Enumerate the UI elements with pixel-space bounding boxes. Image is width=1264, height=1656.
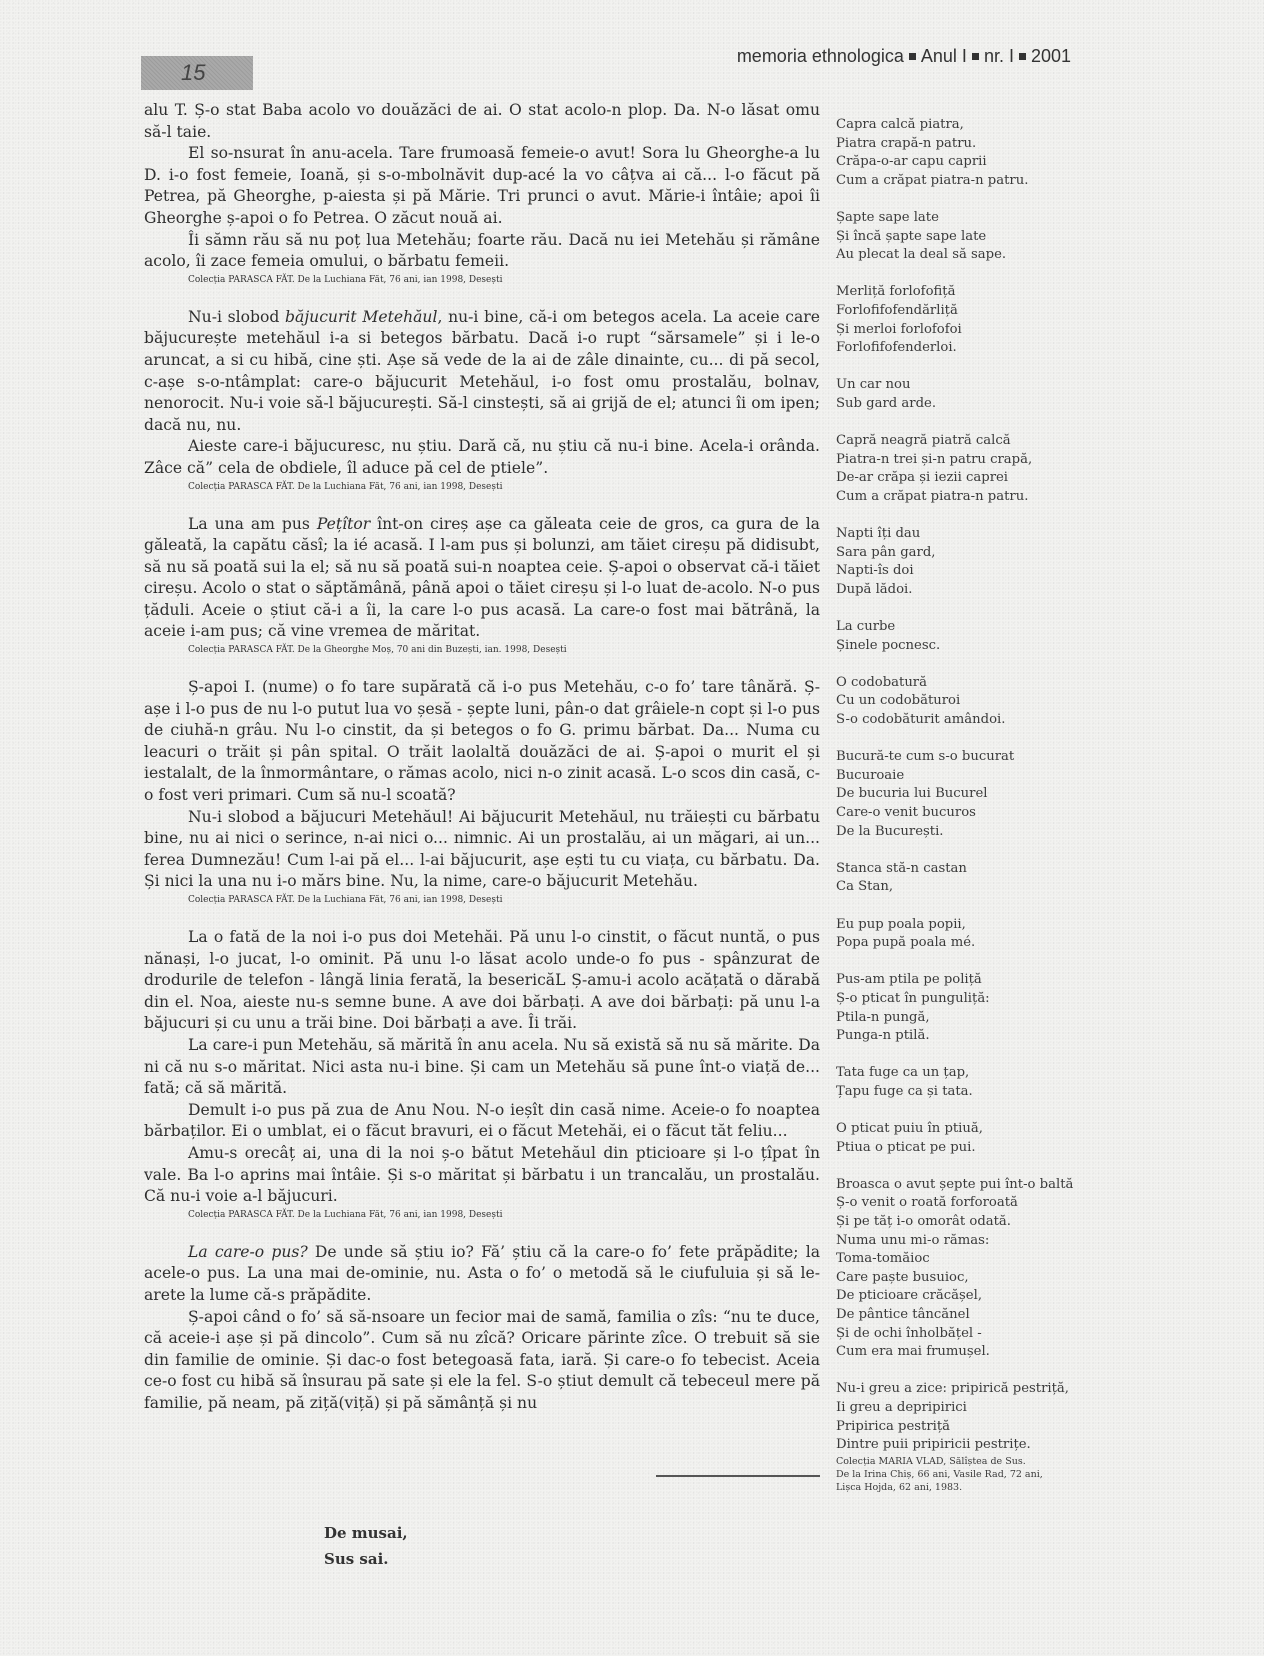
poem-line: Bucuroaie [836,767,1136,786]
poem-line: Sub gard arde. [836,395,1136,414]
closing-line: De musai, [324,1520,408,1546]
poem-stanza: Tata fuge ca un țap,Țapu fuge ca și tata… [836,1064,1136,1101]
poem-line: Ș-o pticat în punguliță: [836,990,1136,1009]
poem-line: Ptiua o pticat pe pui. [836,1139,1136,1158]
poem-stanza: Capră neagră piatră calcăPiatra-n trei ș… [836,432,1136,506]
emphasized-term: La care-o pus? [188,1243,308,1261]
emphasized-term: băjucurit Metehăul [285,308,437,326]
poem-line: De pântice tâncănel [836,1306,1136,1325]
poem-line: Și încă șapte sape late [836,228,1136,247]
paragraph: Ș-apoi când o fo’ să să-nsoare un fecior… [144,1307,820,1415]
poem-line: Și pe tăț i-o omorât odată. [836,1213,1136,1232]
page-header: 15 memoria ethnologicaAnul Inr. I2001 [141,46,1071,90]
poem-source-citation: De la Irina Chiș, 66 ani, Vasile Rad, 72… [836,1468,1136,1481]
poem-line: Napti-îs doi [836,562,1136,581]
poem-stanza: Eu pup poala popii,Popa pupă poala mé. [836,916,1136,953]
poem-line: Au plecat la deal să sape. [836,246,1136,265]
paragraph: La care-o pus? De unde să știu io? Fă’ ș… [144,1242,820,1307]
source-citation: Colecția PARASCA FĂT. De la Luchiana Făt… [144,893,820,907]
emphasized-term: Pețîtor [317,515,370,533]
poem-line: Șinele pocnesc. [836,637,1136,656]
poem-stanza: Merliță forlofofițăForlofifofendărlițăȘi… [836,283,1136,357]
poem-line: Popa pupă poala mé. [836,934,1136,953]
source-citation: Colecția PARASCA FĂT. De la Luchiana Făt… [144,480,820,494]
main-text-column: alu T. Ș-o stat Baba acolo vo douăzăci d… [144,100,820,1434]
paragraph: Aieste care-i băjucuresc, nu știu. Dară … [144,436,820,479]
poem-line: La curbe [836,618,1136,637]
poem-line: De-ar crăpa și iezii caprei [836,469,1136,488]
square-bullet-icon [1019,53,1026,60]
running-title: memoria ethnologicaAnul Inr. I2001 [737,46,1071,67]
paragraph: La o fată de la noi i-o pus doi Metehăi.… [144,927,820,1035]
poem-line: Eu pup poala popii, [836,916,1136,935]
poem-line: Pus-am ptila pe poliță [836,971,1136,990]
square-bullet-icon [972,53,979,60]
poem-stanza: Napti îți dauSara pân gard,Napti-îs doiD… [836,525,1136,599]
poem-line: Piatra-n trei și-n patru crapă, [836,451,1136,470]
issue-label: nr. I [984,46,1014,66]
poem-line: Cum a crăpat piatra-n patru. [836,488,1136,507]
poem-line: Bucură-te cum s-o bucurat [836,748,1136,767]
poem-line: Care paște busuioc, [836,1269,1136,1288]
poem-line: Piatra crapă-n patru. [836,135,1136,154]
poem-line: Dintre puii pripiricii pestrițe. [836,1436,1136,1455]
poem-line: Forlofifofenderloi. [836,339,1136,358]
poem-stanza: O codobaturăCu un codobăturoiS-o codobăt… [836,674,1136,730]
poem-line: Cum a crăpat piatra-n patru. [836,172,1136,191]
source-citation: Colecția PARASCA FĂT. De la Luchiana Făt… [144,1208,820,1222]
poem-stanza: Un car nouSub gard arde. [836,376,1136,413]
paragraph: Îi sămn rău să nu poț lua Metehău; foart… [144,230,820,273]
poem-line: Stanca stă-n castan [836,860,1136,879]
poem-line: Ș-o venit o roată forforoată [836,1194,1136,1213]
poem-line: Care-o venit bucuros [836,804,1136,823]
poem-line: Țapu fuge ca și tata. [836,1083,1136,1102]
poem-stanza: O pticat puiu în ptiuă,Ptiua o pticat pe… [836,1120,1136,1157]
page-number: 15 [141,56,253,90]
poem-line: După lădoi. [836,581,1136,600]
poem-line: Numa unu mi-o rămas: [836,1232,1136,1251]
poem-line: Și de ochi înholbățel - [836,1325,1136,1344]
poem-line: Capra calcă piatra, [836,116,1136,135]
poem-line: Un car nou [836,376,1136,395]
poem-line: Crăpa-o-ar capu caprii [836,153,1136,172]
poem-stanza: Broasca o avut șepte pui înt-o baltăȘ-o … [836,1176,1136,1362]
paragraph: La care-i pun Metehău, să mărită în anu … [144,1035,820,1100]
poem-source-citation: Colecția MARIA VLAD, Sălîștea de Sus. [836,1455,1136,1468]
square-bullet-icon [909,53,916,60]
poem-line: O pticat puiu în ptiuă, [836,1120,1136,1139]
poems-column: Capra calcă piatra,Piatra crapă-n patru.… [836,116,1136,1494]
poem-line: De bucuria lui Bucurel [836,785,1136,804]
poem-line: Toma-tomăioc [836,1250,1136,1269]
poem-stanza: Bucură-te cum s-o bucuratBucuroaieDe buc… [836,748,1136,841]
poem-line: Cum era mai frumușel. [836,1343,1136,1362]
source-citation: Colecția PARASCA FĂT. De la Luchiana Făt… [144,273,820,287]
poem-stanza: Stanca stă-n castanCa Stan, [836,860,1136,897]
poem-line: Punga-n ptilă. [836,1027,1136,1046]
paragraph: Demult i-o pus pă zua de Anu Nou. N-o ie… [144,1100,820,1143]
poem-line: Tata fuge ca un țap, [836,1064,1136,1083]
journal-name: memoria ethnologica [737,46,904,66]
poem-line: De la București. [836,823,1136,842]
poem-line: S-o codobăturit amândoi. [836,711,1136,730]
paragraph: La una am pus Pețîtor înt-on cireș așe c… [144,514,820,644]
poem-line: Broasca o avut șepte pui înt-o baltă [836,1176,1136,1195]
paragraph: Ș-apoi I. (nume) o fo tare supărată că i… [144,677,820,807]
poem-line: Forlofifofendărliță [836,302,1136,321]
year: 2001 [1031,46,1071,66]
poem-line: Merliță forlofofiță [836,283,1136,302]
footnote-rule [656,1475,820,1477]
closing-verse: De musai, Sus sai. [324,1520,408,1572]
poem-line: Și merloi forlofofoi [836,321,1136,340]
poem-line: Napti îți dau [836,525,1136,544]
poem-stanza: Șapte sape lateȘi încă șapte sape lateAu… [836,209,1136,265]
poem-line: Ca Stan, [836,878,1136,897]
source-citation: Colecția PARASCA FĂT. De la Gheorghe Moș… [144,643,820,657]
poem-line: Nu-i greu a zice: pripirică pestriță, [836,1380,1136,1399]
poem-line: Capră neagră piatră calcă [836,432,1136,451]
poem-line: Pripirica pestriță [836,1418,1136,1437]
poem-line: Șapte sape late [836,209,1136,228]
poem-stanza: Nu-i greu a zice: pripirică pestriță,Ii … [836,1380,1136,1454]
poem-line: Sara pân gard, [836,544,1136,563]
paragraph: Amu-s orecâț ai, una di la noi ș-o bătut… [144,1143,820,1208]
paragraph: Nu-i slobod a băjucuri Metehăul! Ai băju… [144,807,820,893]
poem-line: O codobatură [836,674,1136,693]
paragraph: alu T. Ș-o stat Baba acolo vo douăzăci d… [144,100,820,143]
paragraph: El so-nsurat în anu-acela. Tare frumoasă… [144,143,820,229]
poem-stanza: La curbeȘinele pocnesc. [836,618,1136,655]
poem-line: Ptila-n pungă, [836,1009,1136,1028]
poem-stanza: Capra calcă piatra,Piatra crapă-n patru.… [836,116,1136,190]
year-label: Anul I [921,46,967,66]
paragraph: Nu-i slobod băjucurit Metehăul, nu-i bin… [144,307,820,437]
poem-line: Ii greu a depripirici [836,1399,1136,1418]
poem-line: De pticioare crăcășel, [836,1287,1136,1306]
poem-stanza: Pus-am ptila pe polițăȘ-o pticat în pung… [836,971,1136,1045]
poem-source-citation: Lișca Hojda, 62 ani, 1983. [836,1481,1136,1494]
closing-line: Sus sai. [324,1546,408,1572]
poem-line: Cu un codobăturoi [836,692,1136,711]
